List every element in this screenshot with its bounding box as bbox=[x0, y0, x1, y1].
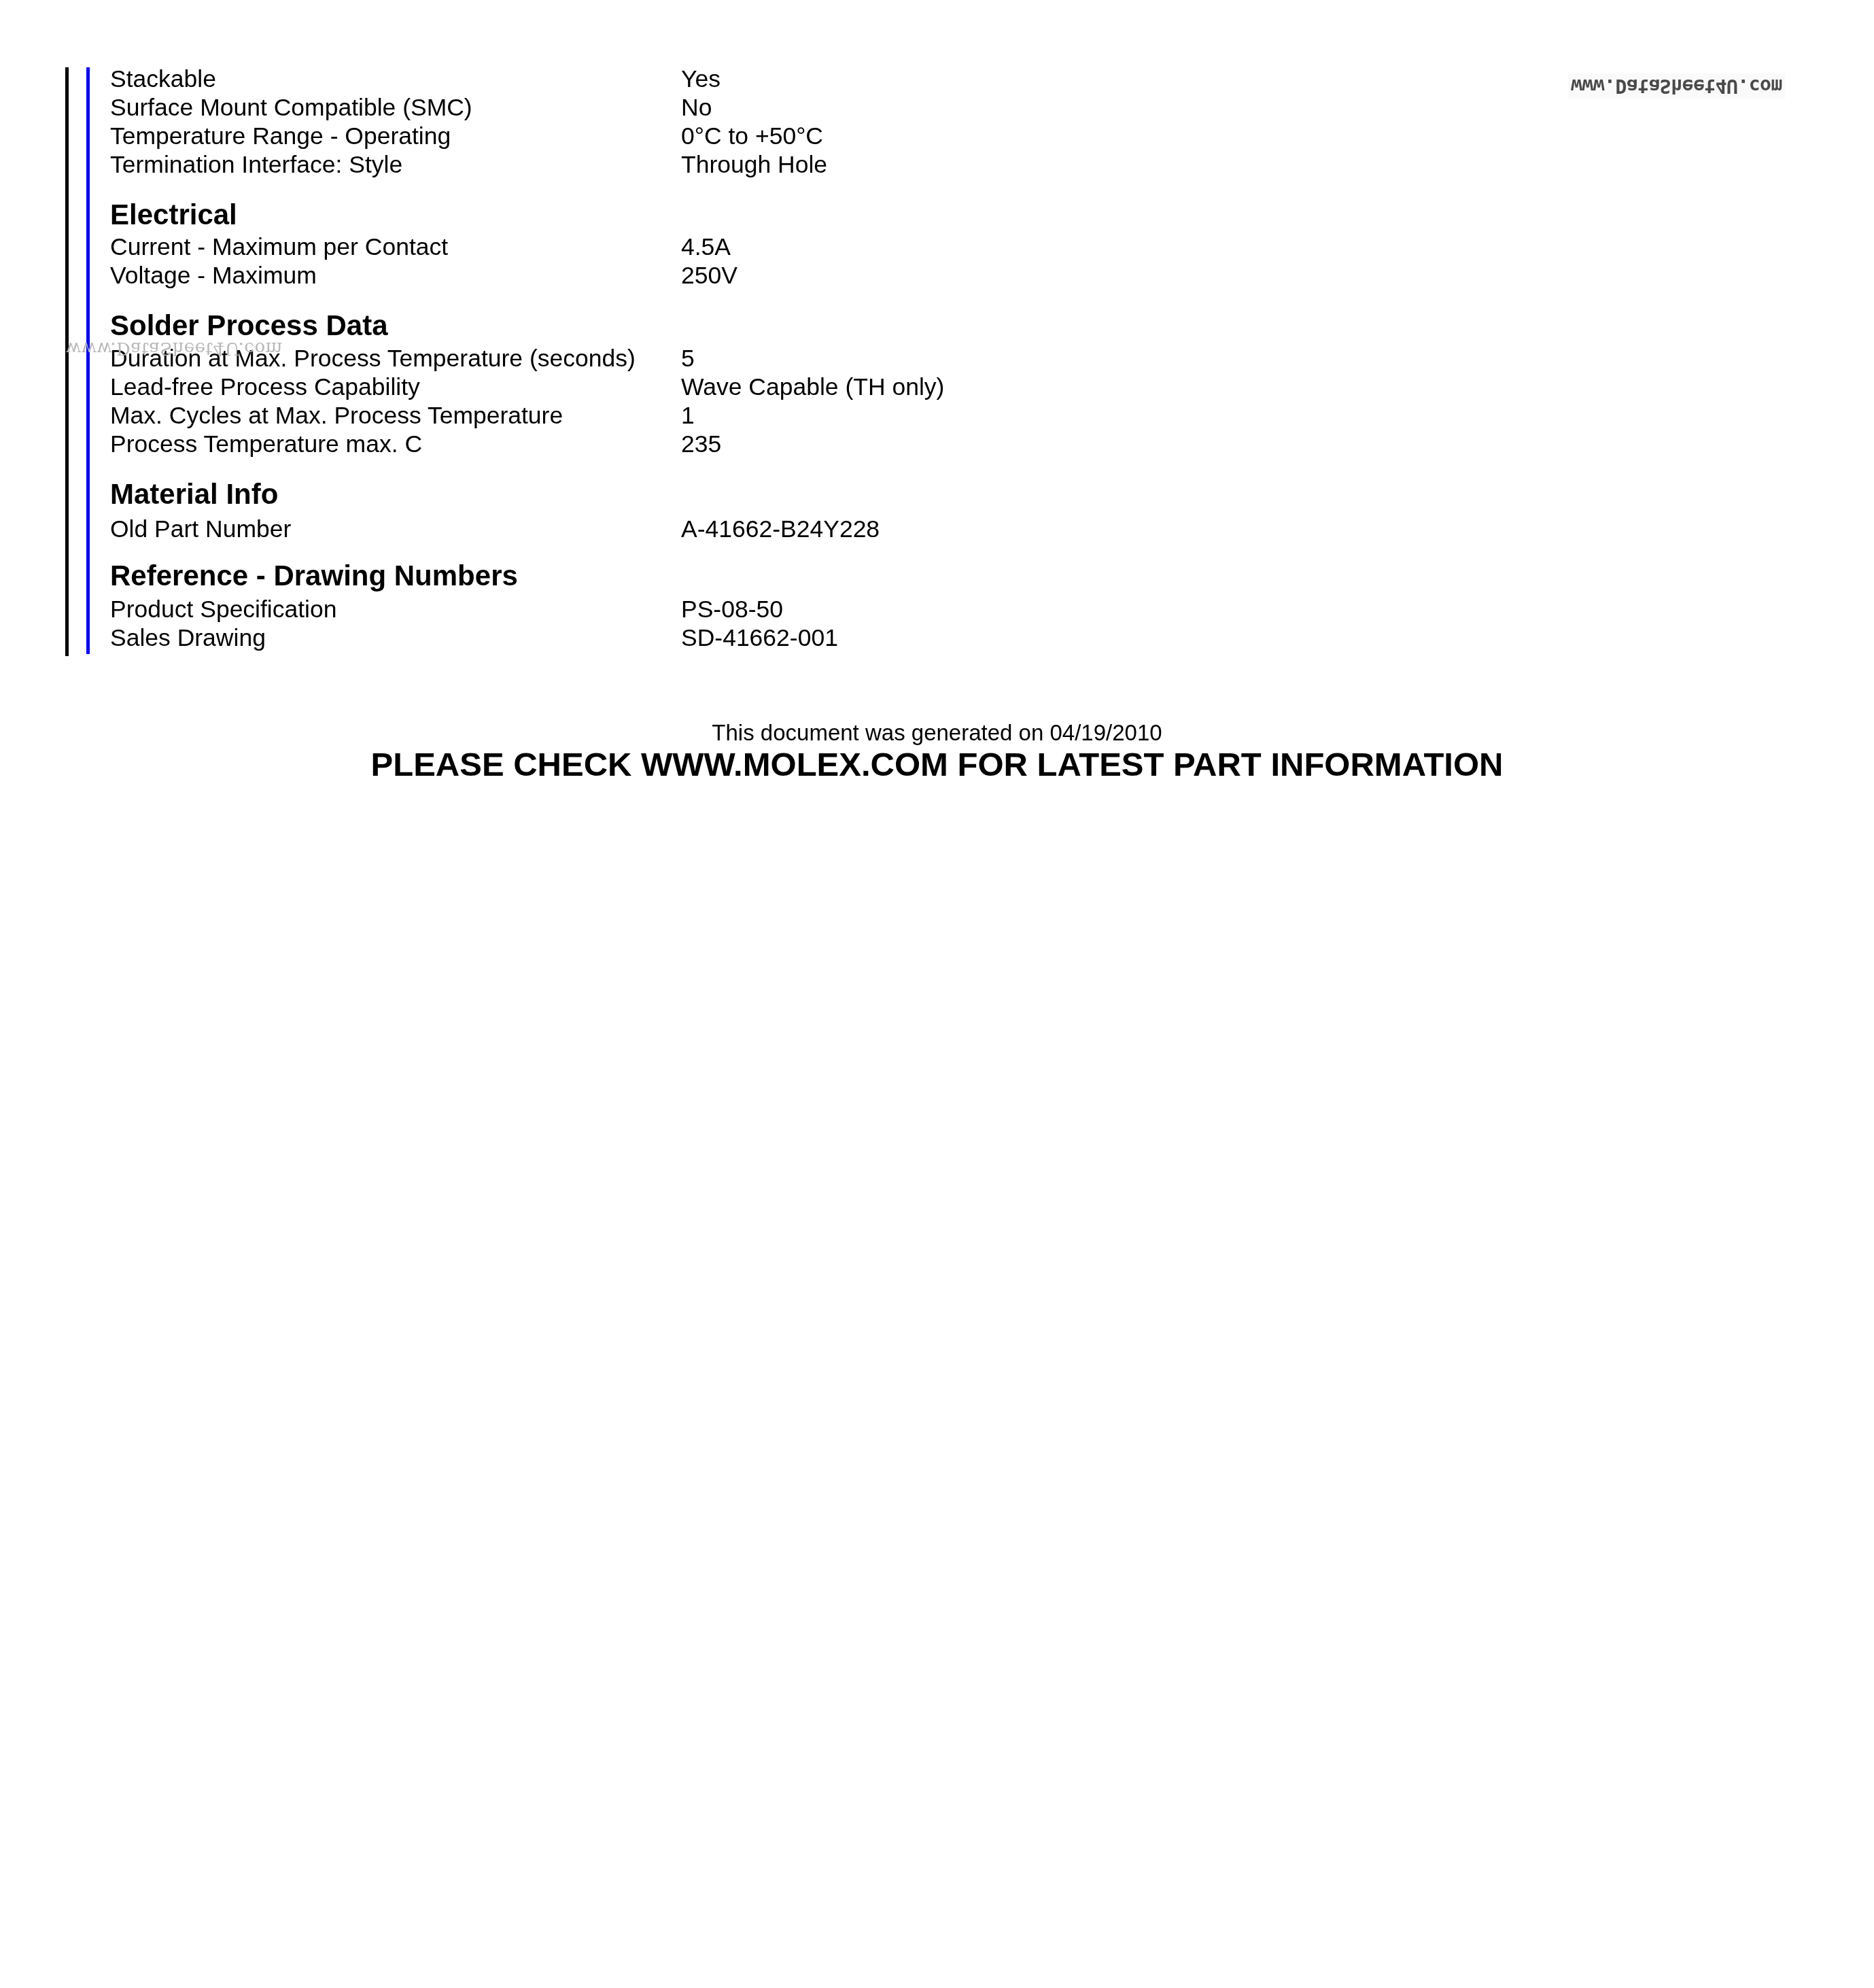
spec-label: Lead-free Process Capability bbox=[110, 373, 420, 401]
molex-check-notice: PLEASE CHECK WWW.MOLEX.COM FOR LATEST PA… bbox=[0, 744, 1874, 785]
spec-value: 235 bbox=[681, 430, 721, 458]
spec-value: Through Hole bbox=[681, 150, 827, 179]
section-heading-electrical: Electrical bbox=[110, 199, 237, 231]
spec-label: Product Specification bbox=[110, 595, 337, 623]
spec-label: Temperature Range - Operating bbox=[110, 122, 451, 150]
spec-value: A-41662-B24Y228 bbox=[681, 515, 880, 543]
spec-label: Stackable bbox=[110, 65, 216, 93]
left-margin-bar-blue bbox=[86, 67, 90, 654]
watermark-top-right: www.DataSheet4U.com bbox=[1568, 73, 1785, 99]
section-heading-solder-process: Solder Process Data bbox=[110, 309, 388, 342]
spec-value: PS-08-50 bbox=[681, 595, 783, 623]
spec-value: Wave Capable (TH only) bbox=[681, 373, 944, 401]
generated-date-note: This document was generated on 04/19/201… bbox=[0, 719, 1874, 747]
spec-label: Old Part Number bbox=[110, 515, 291, 543]
spec-value: 1 bbox=[681, 401, 695, 430]
spec-value: Yes bbox=[681, 65, 721, 93]
spec-label: Surface Mount Compatible (SMC) bbox=[110, 93, 472, 122]
spec-label: Current - Maximum per Contact bbox=[110, 233, 448, 261]
spec-value: SD-41662-001 bbox=[681, 623, 838, 652]
spec-value: 0°C to +50°C bbox=[681, 122, 823, 150]
spec-value: No bbox=[681, 93, 712, 122]
spec-label: Termination Interface: Style bbox=[110, 150, 402, 179]
spec-label: Voltage - Maximum bbox=[110, 261, 317, 290]
left-margin-bar-black bbox=[65, 67, 69, 656]
spec-value: 5 bbox=[681, 344, 695, 373]
spec-label: Process Temperature max. C bbox=[110, 430, 422, 458]
spec-label: Max. Cycles at Max. Process Temperature bbox=[110, 401, 563, 430]
spec-label: Sales Drawing bbox=[110, 623, 266, 652]
spec-value: 250V bbox=[681, 261, 738, 290]
section-heading-reference-drawings: Reference - Drawing Numbers bbox=[110, 560, 518, 592]
spec-value: 4.5A bbox=[681, 233, 731, 261]
watermark-inline-left: www.DataSheet4U.com bbox=[66, 338, 283, 358]
section-heading-material-info: Material Info bbox=[110, 478, 278, 511]
